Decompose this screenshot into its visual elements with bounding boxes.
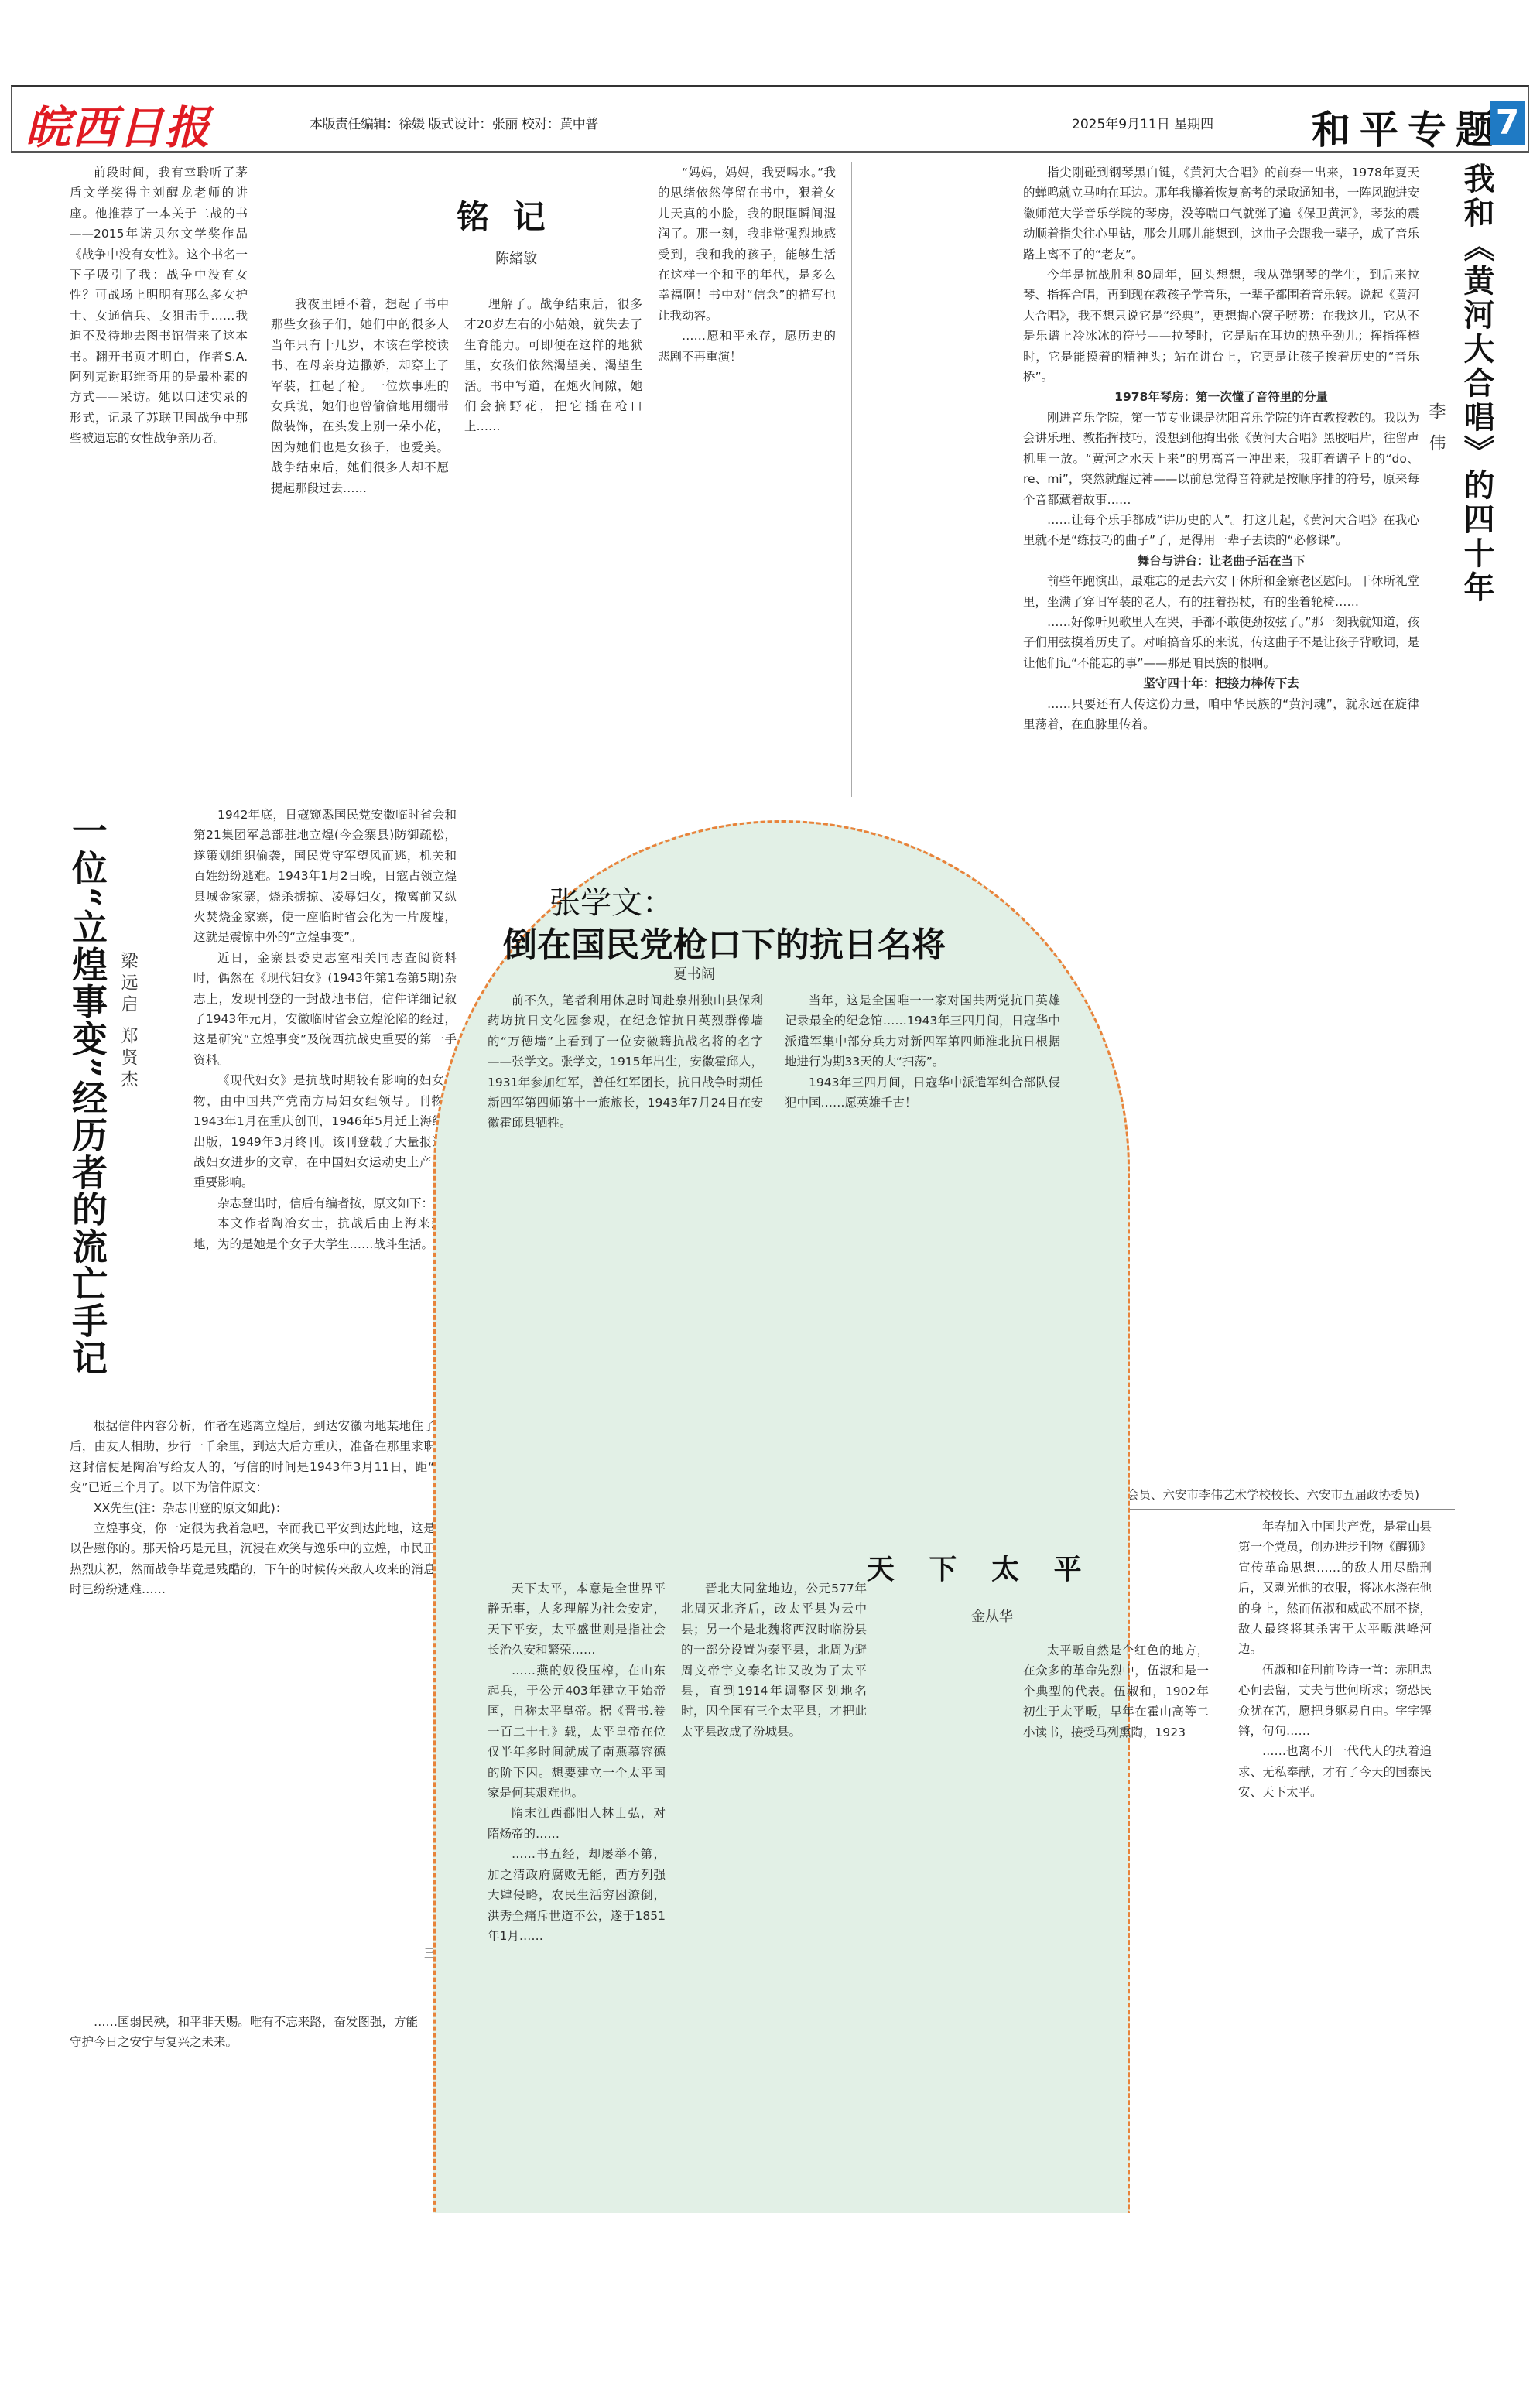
mingji-author: 陈緒敏 [495,248,537,268]
mingji-column-3: 理解了。战争结束后，很多才20岁左右的小姑娘，就失去了生育能力。可即便在这样的地… [464,294,642,797]
mingji-column-4: “妈妈，妈妈，我要喝水。”我的思绪依然停留在书中，狠着女儿天真的小脸，我的眼眶瞬… [658,162,836,797]
tianxia-column-2: 晋北大同盆地边，公元577年北周灭北齐后，改太平县为云中县；另一个是北魏将西汉时… [681,1579,867,2391]
lihuang-intro: 1942年底，日寇窥悉国民党安徽临时省会和第21集团军总部驻地立煌(今金寨县)防… [193,805,457,1416]
lihuang-title: 一位“立煌事变”经历者的流亡手记 [62,812,113,1377]
tianxia-column-4: 年春加入中国共产党，是霍山县第一个党员，创办进步刊物《醒狮》宣传革命思想……的敌… [1238,1517,1432,2391]
mingji-column-2: 我夜里睡不着，想起了书中那些女孩子们，她们中的很多人当年只有十几岁，本该在学校读… [271,294,449,797]
huanghe-subhead-1: 1978年琴房：第一次懂了音符里的分量 [1023,387,1419,407]
section-title: 和平专题 [1312,99,1504,155]
huanghe-title: 我和《黄河大合唱》的四十年 [1455,162,1499,605]
newspaper-logo: 皖西日报 [26,91,211,156]
zhangxuewen-author: 夏书阔 [673,963,715,983]
lihuang-authors: 梁远启 郑贤杰 [116,952,140,1092]
column-divider [851,162,852,797]
lihuang-closing: ……国弱民殃，和平非天赐。唯有不忘来路，奋发图强，方能守护今日之安宁与复兴之未来… [70,2012,418,2352]
masthead: 皖西日报 本版责任编辑：徐媛 版式设计：张丽 校对：黄中普 2025年9月11日… [11,85,1529,153]
tianxia-column-3: 太平畈自然是个红色的地方，在众多的革命先烈中，伍淑和是一个典型的代表。伍淑和，1… [1023,1640,1209,2391]
huanghe-subhead-3: 坚守四十年：把接力棒传下去 [1023,673,1419,693]
zhangxuewen-kicker: 张学文： [549,878,673,922]
tianxia-column-1: 天下太平，本意是全世界平静无事，大多理解为社会安定，天下平安，太平盛世则是指社会… [488,1579,666,2391]
issue-date: 2025年9月11日 星期四 [1072,113,1213,132]
mingji-lead-column: 前段时间，我有幸聆听了茅盾文学奖得主刘醒龙老师的讲座。他推荐了一本关于二战的书—… [70,162,248,797]
page-number-badge: 7 [1490,101,1525,145]
tianxia-author: 金从华 [971,1606,1013,1626]
zhangxuewen-body: 前不久，笔者利用休息时间赴泉州独山县保利药坊抗日文化园参观，在纪念馆抗日英烈群像… [488,990,1060,1424]
huanghe-subhead-2: 舞台与讲台：让老曲子活在当下 [1023,551,1419,571]
tianxia-title: 天 下 太 平 [867,1548,1094,1587]
mingji-title: 铭 记 [457,192,552,238]
huanghe-author: 李 伟 [1424,402,1448,456]
editor-credits: 本版责任编辑：徐媛 版式设计：张丽 校对：黄中普 [310,113,598,132]
zhangxuewen-title: 倒在国民党枪口下的抗日名将 [503,917,946,966]
